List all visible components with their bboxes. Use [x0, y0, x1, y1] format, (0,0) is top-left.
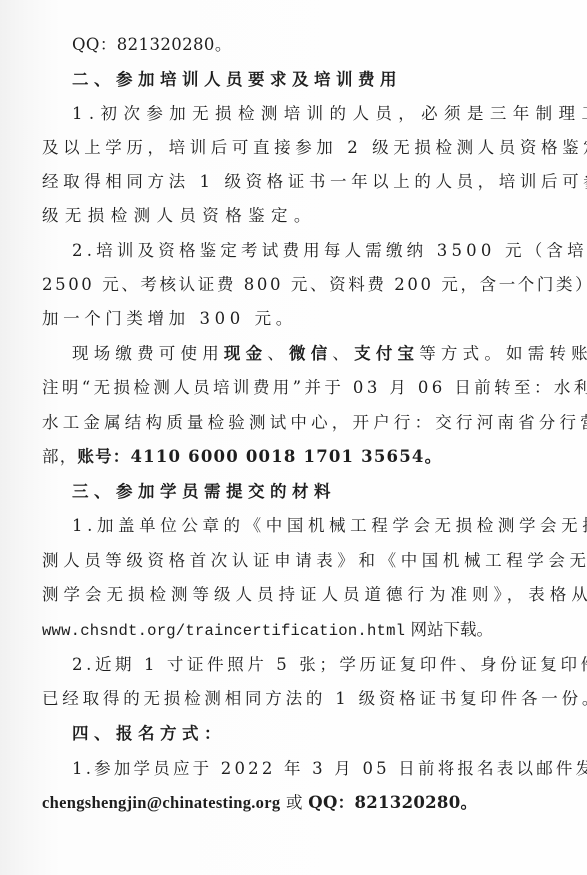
- section-heading-2: 二、参加培训人员要求及培训费用: [72, 70, 545, 90]
- contact-or: 或: [280, 793, 308, 812]
- paragraph-line: 2.近期 1 寸证件照片 5 张；学历证复印件、身份证复印件、: [72, 655, 545, 675]
- document-page: QQ：821320280。 二、参加培训人员要求及培训费用 1.初次参加无损检测…: [0, 0, 587, 875]
- website-line: www.chsndt.org/traincertification.html 网…: [42, 620, 545, 641]
- paragraph-line: 水工金属结构质量检验测试中心，开户行：交行河南省分行营业: [42, 413, 545, 433]
- payment-sep: 、: [267, 344, 289, 363]
- payment-prefix: 现场缴费可使用: [72, 344, 224, 363]
- website-suffix: 网站下载。: [405, 620, 493, 639]
- account-line: 部，账号：4110 6000 0018 1701 35654。: [42, 447, 545, 467]
- paragraph-line: 级无损检测人员资格鉴定。: [42, 206, 545, 226]
- account-number: 账号：4110 6000 0018 1701 35654。: [77, 447, 442, 466]
- contact-qq: QQ：821320280。: [308, 793, 477, 812]
- paragraph-line: 注明“无损检测人员培训费用”并于 03 月 06 日前转至：水利部: [42, 378, 545, 398]
- payment-wechat: 微信: [289, 344, 332, 363]
- payment-methods-line: 现场缴费可使用现金、微信、支付宝等方式。如需转账，请: [72, 344, 545, 364]
- section-heading-3: 三、参加学员需提交的材料: [72, 482, 545, 502]
- qq-contact-line: QQ：821320280。: [72, 35, 545, 55]
- paragraph-line: 测人员等级资格首次认证申请表》和《中国机械工程学会无损检: [42, 551, 545, 571]
- paragraph-line: 经取得相同方法 1 级资格证书一年以上的人员，培训后可参加 2: [42, 172, 545, 192]
- paragraph-line: 1.初次参加无损检测培训的人员，必须是三年制理工科大专: [72, 104, 545, 124]
- paragraph-line: 及以上学历，培训后可直接参加 2 级无损检测人员资格鉴定；已: [42, 138, 545, 158]
- payment-cash: 现金: [224, 344, 267, 363]
- account-prefix: 部，: [42, 447, 77, 466]
- paragraph-line: 2500 元、考核认证费 800 元、资料费 200 元，含一个门类），每增: [42, 275, 545, 295]
- paragraph-line: 测学会无损检测等级人员持证人员道德行为准则》，表格从: [42, 585, 545, 605]
- email-address[interactable]: chengshengjin@chinatesting.org: [42, 793, 280, 812]
- paragraph-line: 已经取得的无损检测相同方法的 1 级资格证书复印件各一份。: [42, 689, 545, 709]
- paragraph-line: 1.加盖单位公章的《中国机械工程学会无损检测学会无损检: [72, 516, 545, 536]
- contact-line: chengshengjin@chinatesting.org 或 QQ：8213…: [42, 793, 545, 813]
- paragraph-line: 2.培训及资格鉴定考试费用每人需缴纳 3500 元（含培训费: [72, 241, 545, 261]
- paragraph-line: 加一个门类增加 300 元。: [42, 309, 545, 329]
- section-heading-4: 四、报名方式：: [72, 724, 545, 744]
- payment-alipay: 支付宝: [354, 344, 419, 363]
- website-link[interactable]: www.chsndt.org/traincertification.html: [42, 622, 405, 640]
- paragraph-line: 1.参加学员应于 2022 年 3 月 05 日前将报名表以邮件发送至: [72, 759, 545, 779]
- payment-sep: 、: [332, 344, 354, 363]
- payment-suffix: 等方式。如需转账，请: [419, 344, 587, 363]
